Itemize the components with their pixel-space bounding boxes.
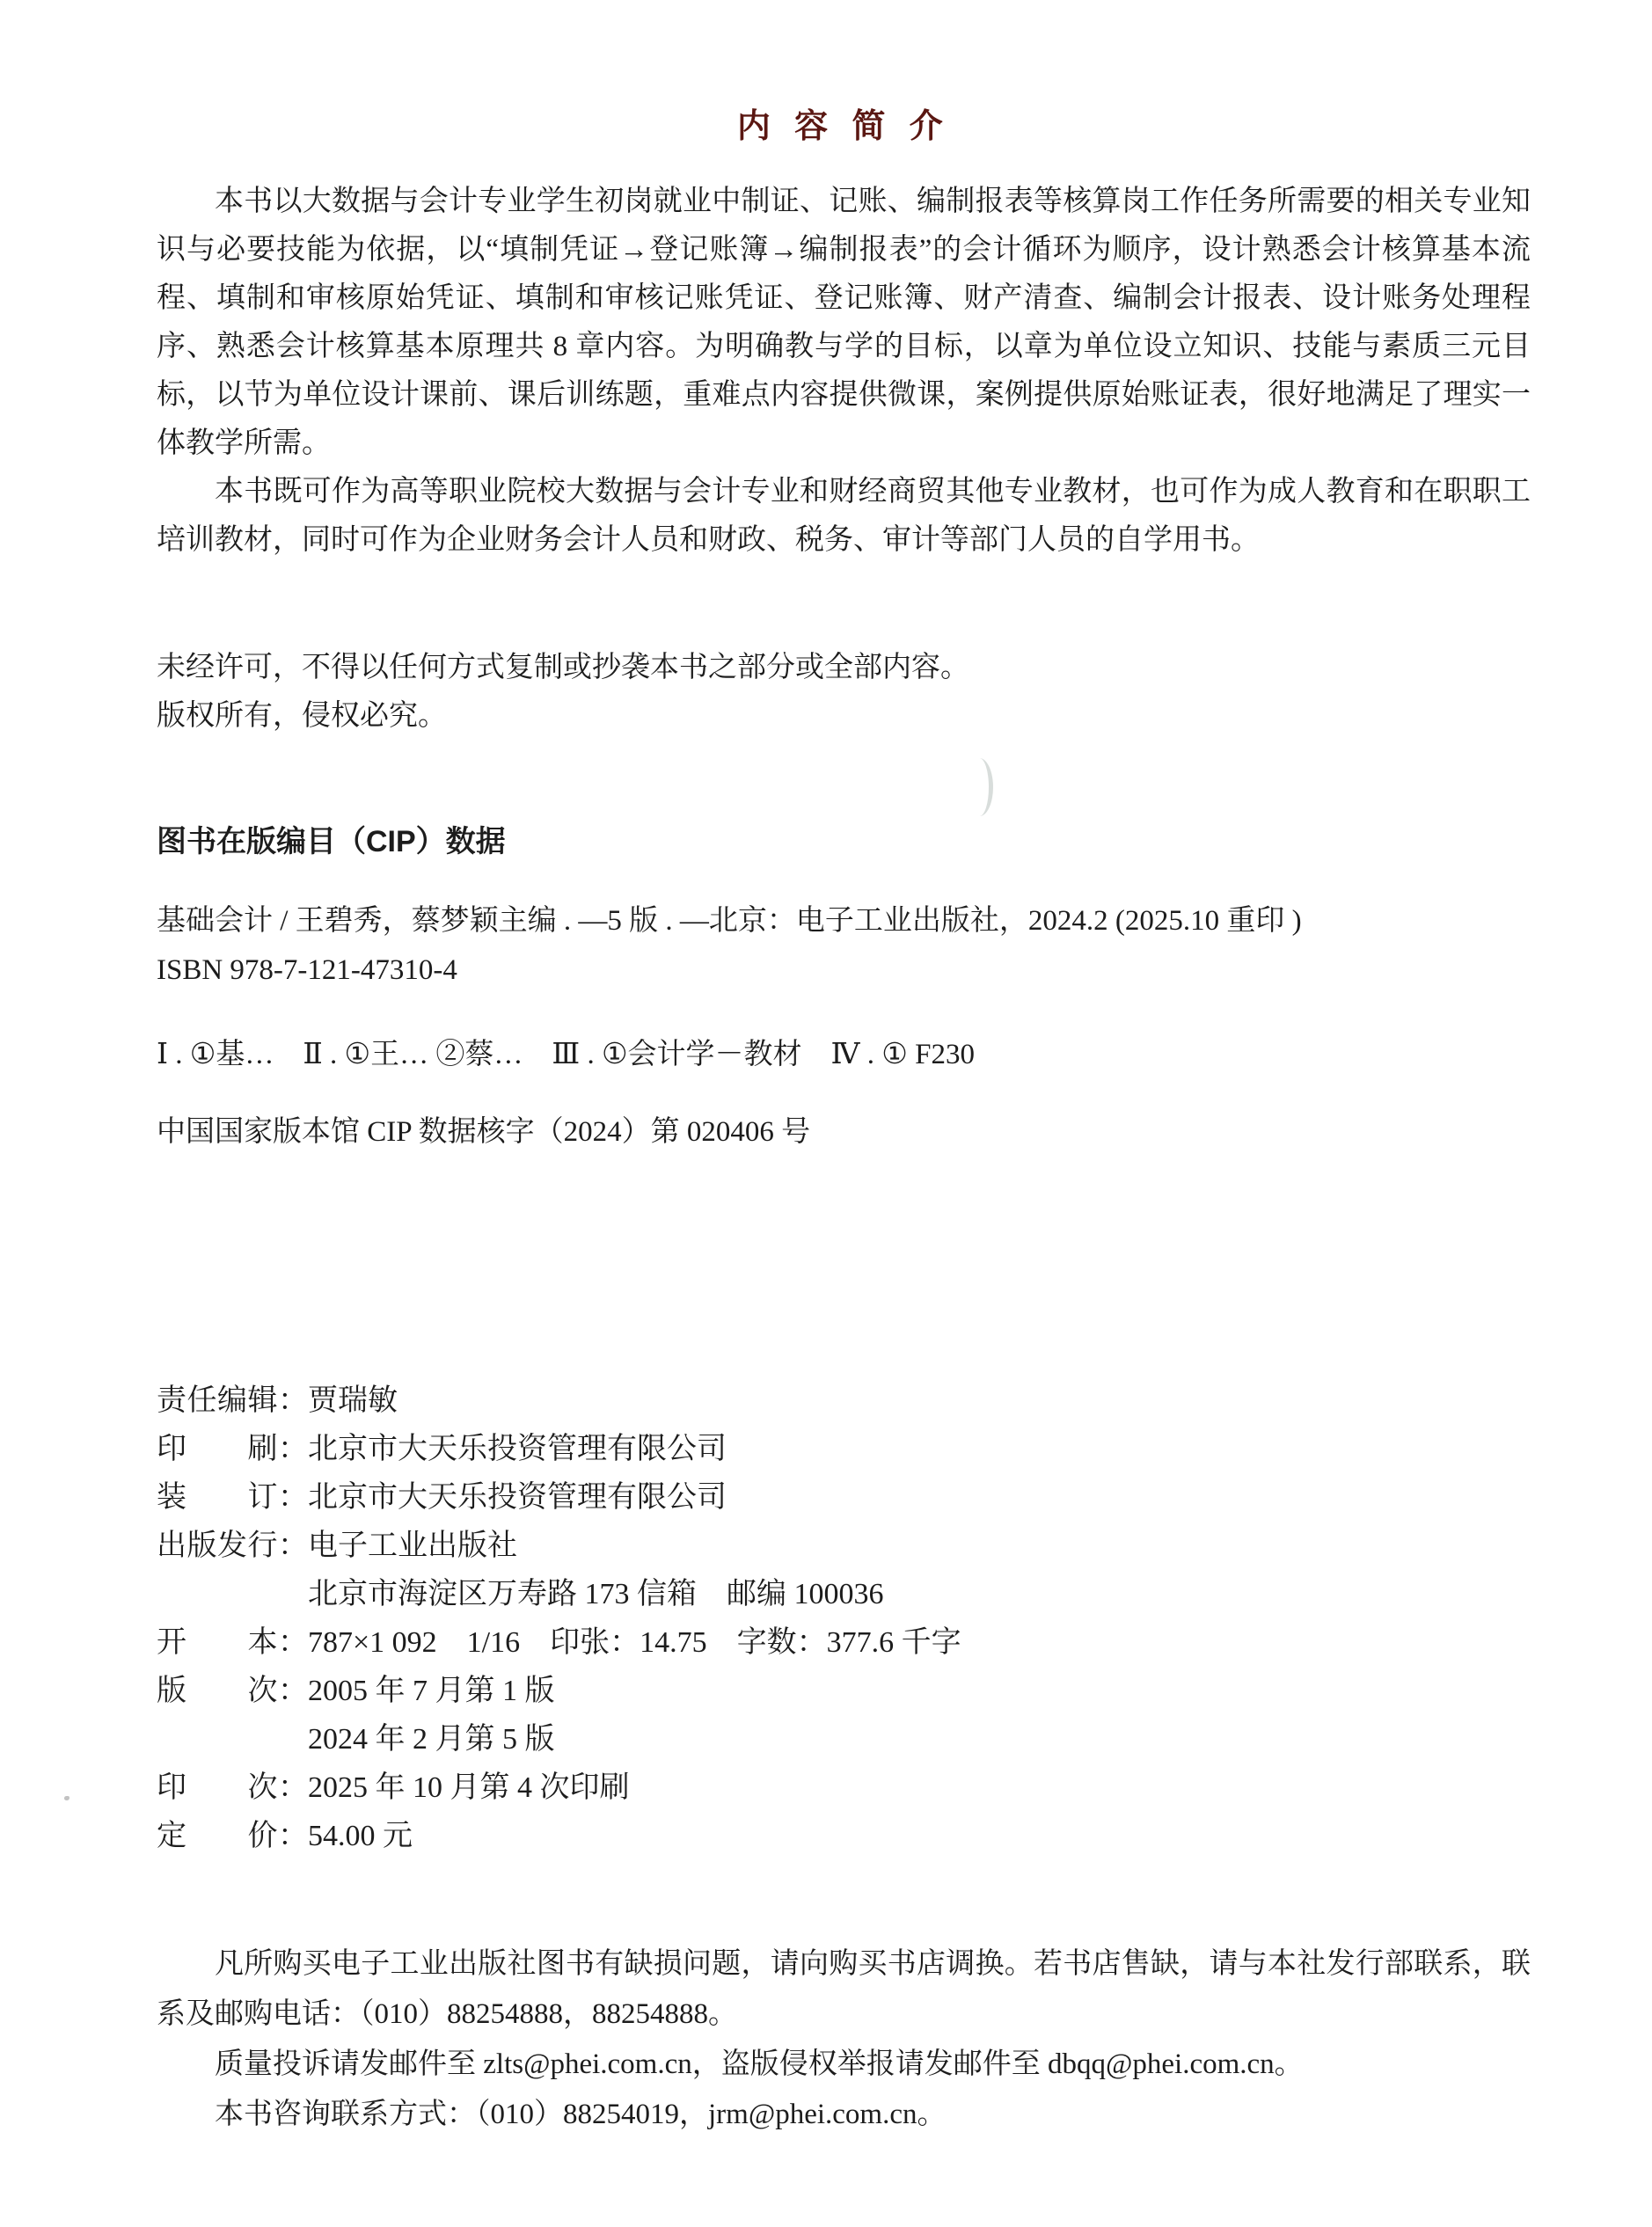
intro-paragraph-1: 本书以大数据与会计专业学生初岗就业中制证、记账、编制报表等核算岗工作任务所需要的… bbox=[157, 178, 1531, 468]
page-title: 内 容 简 介 bbox=[157, 103, 1531, 151]
colophon-value: 电子工业出版社 bbox=[308, 1530, 517, 1562]
price-value: 54.00 元 bbox=[308, 1820, 413, 1852]
colophon-row-edition: 版 次：2005 年 7 月第 1 版 bbox=[157, 1667, 1531, 1715]
colophon-value: 北京市大天乐投资管理有限公司 bbox=[308, 1433, 727, 1465]
colophon-value: 北京市大天乐投资管理有限公司 bbox=[308, 1481, 727, 1514]
cip-classification: Ⅰ . ①基… Ⅱ . ①王… ②蔡… Ⅲ . ①会计学－教材 Ⅳ . ① F2… bbox=[157, 1030, 1531, 1079]
colophon-row-price: 定 价：54.00 元 bbox=[157, 1812, 1531, 1860]
colophon-row-printer: 印 刷：北京市大天乐投资管理有限公司 bbox=[157, 1425, 1531, 1473]
book-contact-line: 本书咨询联系方式：（010）88254019，jrm@phei.com.cn。 bbox=[157, 2090, 1531, 2140]
colophon-row-edition-2: 2024 年 2 月第 5 版 bbox=[157, 1715, 1531, 1763]
colophon-label: 版 次： bbox=[157, 1667, 308, 1715]
copyright-line-1: 未经许可，不得以任何方式复制或抄袭本书之部分或全部内容。 bbox=[157, 644, 1531, 692]
cip-heading: 图书在版编目（CIP）数据 bbox=[157, 818, 1531, 866]
intro-section: 本书以大数据与会计专业学生初岗就业中制证、记账、编制报表等核算岗工作任务所需要的… bbox=[157, 178, 1531, 565]
colophon-label: 印 刷： bbox=[157, 1425, 308, 1473]
cip-section: 图书在版编目（CIP）数据 基础会计 / 王碧秀，蔡梦颖主编 . —5 版 . … bbox=[157, 818, 1531, 1157]
isbn-number: ISBN 978-7-121-47310-4 bbox=[157, 946, 1531, 995]
colophon-value: 2005 年 7 月第 1 版 bbox=[308, 1675, 555, 1707]
scan-crease-artifact bbox=[966, 758, 993, 816]
copyright-line-2: 版权所有，侵权必究。 bbox=[157, 692, 1531, 741]
colophon-value: 2025 年 10 月第 4 次印刷 bbox=[308, 1771, 630, 1804]
defect-exchange-notice: 凡所购买电子工业出版社图书有缺损问题，请向购买书店调换。若书店售缺，请与本社发行… bbox=[157, 1939, 1531, 2040]
colophon-row-editor: 责任编辑：贾瑞敏 bbox=[157, 1376, 1531, 1425]
scan-speck-artifact bbox=[64, 1796, 69, 1800]
colophon-row-format: 开 本：787×1 092 1/16 印张：14.75 字数：377.6 千字 bbox=[157, 1618, 1531, 1667]
copyright-notice: 未经许可，不得以任何方式复制或抄袭本书之部分或全部内容。 版权所有，侵权必究。 bbox=[157, 644, 1531, 741]
colophon-label: 定 价： bbox=[157, 1812, 308, 1860]
colophon-label: 印 次： bbox=[157, 1763, 308, 1812]
colophon-row-impression: 印 次：2025 年 10 月第 4 次印刷 bbox=[157, 1763, 1531, 1812]
colophon-label: 开 本： bbox=[157, 1618, 308, 1667]
colophon-row-address: 北京市海淀区万寿路 173 信箱 邮编 100036 bbox=[157, 1570, 1531, 1618]
cip-registry-number: 中国国家版本馆 CIP 数据核字（2024）第 020406 号 bbox=[157, 1107, 1531, 1157]
footer-section: 凡所购买电子工业出版社图书有缺损问题，请向购买书店调换。若书店售缺，请与本社发行… bbox=[157, 1939, 1531, 2140]
colophon-label: 装 订： bbox=[157, 1473, 308, 1522]
colophon-value: 787×1 092 1/16 印张：14.75 字数：377.6 千字 bbox=[308, 1626, 961, 1659]
colophon-label: 出版发行： bbox=[157, 1522, 308, 1570]
book-copyright-page: 内 容 简 介 本书以大数据与会计专业学生初岗就业中制证、记账、编制报表等核算岗… bbox=[0, 0, 1652, 2227]
colophon-row-binder: 装 订：北京市大天乐投资管理有限公司 bbox=[157, 1473, 1531, 1522]
colophon-value: 贾瑞敏 bbox=[308, 1384, 398, 1417]
colophon-label: 责任编辑： bbox=[157, 1376, 308, 1425]
intro-paragraph-2: 本书既可作为高等职业院校大数据与会计专业和财经商贸其他专业教材，也可作为成人教育… bbox=[157, 468, 1531, 565]
publisher-address: 北京市海淀区万寿路 173 信箱 邮编 100036 bbox=[308, 1578, 884, 1610]
edition-second-line: 2024 年 2 月第 5 版 bbox=[308, 1723, 555, 1756]
cip-record: 基础会计 / 王碧秀，蔡梦颖主编 . —5 版 . —北京：电子工业出版社，20… bbox=[157, 896, 1531, 946]
colophon-row-publisher: 出版发行：电子工业出版社 bbox=[157, 1522, 1531, 1570]
colophon-section: 责任编辑：贾瑞敏 印 刷：北京市大天乐投资管理有限公司 装 订：北京市大天乐投资… bbox=[157, 1376, 1531, 1860]
quality-complaint-line: 质量投诉请发邮件至 zlts@phei.com.cn，盗版侵权举报请发邮件至 d… bbox=[157, 2040, 1531, 2090]
